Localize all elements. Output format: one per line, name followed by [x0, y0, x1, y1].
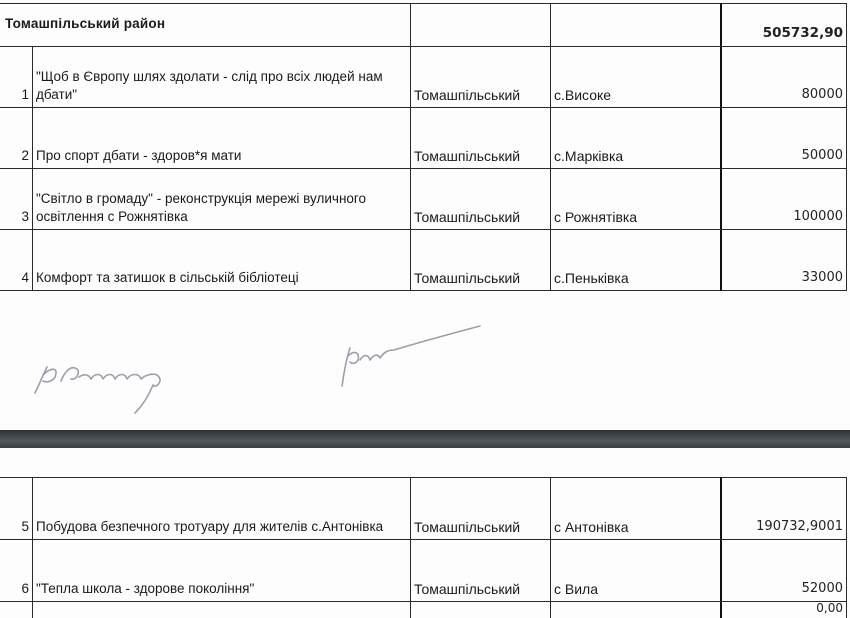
project-district: Томашпільський — [411, 47, 551, 108]
row-number: 5 — [0, 478, 33, 540]
empty-cell — [0, 602, 33, 618]
project-village: с Вила — [551, 540, 721, 602]
project-title: "Щоб в Європу шлях здолати - слід про вс… — [33, 47, 411, 108]
district-title: Томашпільський район — [0, 4, 411, 47]
project-district: Томашпільський — [411, 478, 551, 540]
project-village: с.Пеньківка — [551, 230, 721, 291]
project-title: Побудова безпечного тротуару для жителів… — [33, 478, 411, 540]
row-number: 3 — [0, 169, 33, 230]
empty-cell — [411, 4, 551, 47]
project-district: Томашпільський — [411, 169, 551, 230]
project-amount: 52000 — [721, 540, 847, 602]
project-amount: 80000 — [721, 47, 847, 108]
document-page-top: Томашпільський район 505732,90 1 "Щоб в … — [0, 0, 850, 430]
document-page-bottom: 5 Побудова безпечного тротуару для жител… — [0, 448, 850, 618]
row-number: 4 — [0, 230, 33, 291]
project-title: "Світло в громаду" - реконструкція мереж… — [33, 169, 411, 230]
project-district: Томашпільський — [411, 540, 551, 602]
row-number: 6 — [0, 540, 33, 602]
projects-table-top: Томашпільський район 505732,90 1 "Щоб в … — [0, 3, 847, 291]
empty-cell — [33, 602, 411, 618]
project-amount: 190732,9001 — [721, 478, 847, 540]
project-amount: 100000 — [721, 169, 847, 230]
table-row: 2 Про спорт дбати - здоров*я мати Томашп… — [0, 108, 847, 169]
table-row: 1 "Щоб в Європу шлях здолати - слід про … — [0, 47, 847, 108]
projects-table-bottom: 5 Побудова безпечного тротуару для жител… — [0, 477, 847, 618]
project-village: с.Марківка — [551, 108, 721, 169]
project-title: "Тепла школа - здорове покоління" — [33, 540, 411, 602]
page-separator — [0, 430, 850, 448]
project-amount: 33000 — [721, 230, 847, 291]
row-number: 2 — [0, 108, 33, 169]
district-total: 505732,90 — [721, 4, 847, 47]
project-title: Про спорт дбати - здоров*я мати — [33, 108, 411, 169]
row-number: 1 — [0, 47, 33, 108]
project-amount: 50000 — [721, 108, 847, 169]
project-village: с Антонівка — [551, 478, 721, 540]
empty-cell — [551, 4, 721, 47]
project-amount: 0,00 — [721, 602, 847, 618]
table-row-partial: 0,00 — [0, 602, 847, 618]
signature-1 — [25, 345, 265, 420]
district-header-row: Томашпільський район 505732,90 — [0, 4, 847, 47]
signature-2 — [330, 320, 500, 400]
table-row: 6 "Тепла школа - здорове покоління" Тома… — [0, 540, 847, 602]
project-title: Комфорт та затишок в сільській бібліотец… — [33, 230, 411, 291]
table-row: 3 "Світло в громаду" - реконструкція мер… — [0, 169, 847, 230]
project-district: Томашпільський — [411, 108, 551, 169]
table-row: 4 Комфорт та затишок в сільській бібліот… — [0, 230, 847, 291]
table-row: 5 Побудова безпечного тротуару для жител… — [0, 478, 847, 540]
project-village: с Рожнятівка — [551, 169, 721, 230]
project-village: с.Високе — [551, 47, 721, 108]
project-district: Томашпільський — [411, 230, 551, 291]
empty-cell — [411, 602, 551, 618]
empty-cell — [551, 602, 721, 618]
